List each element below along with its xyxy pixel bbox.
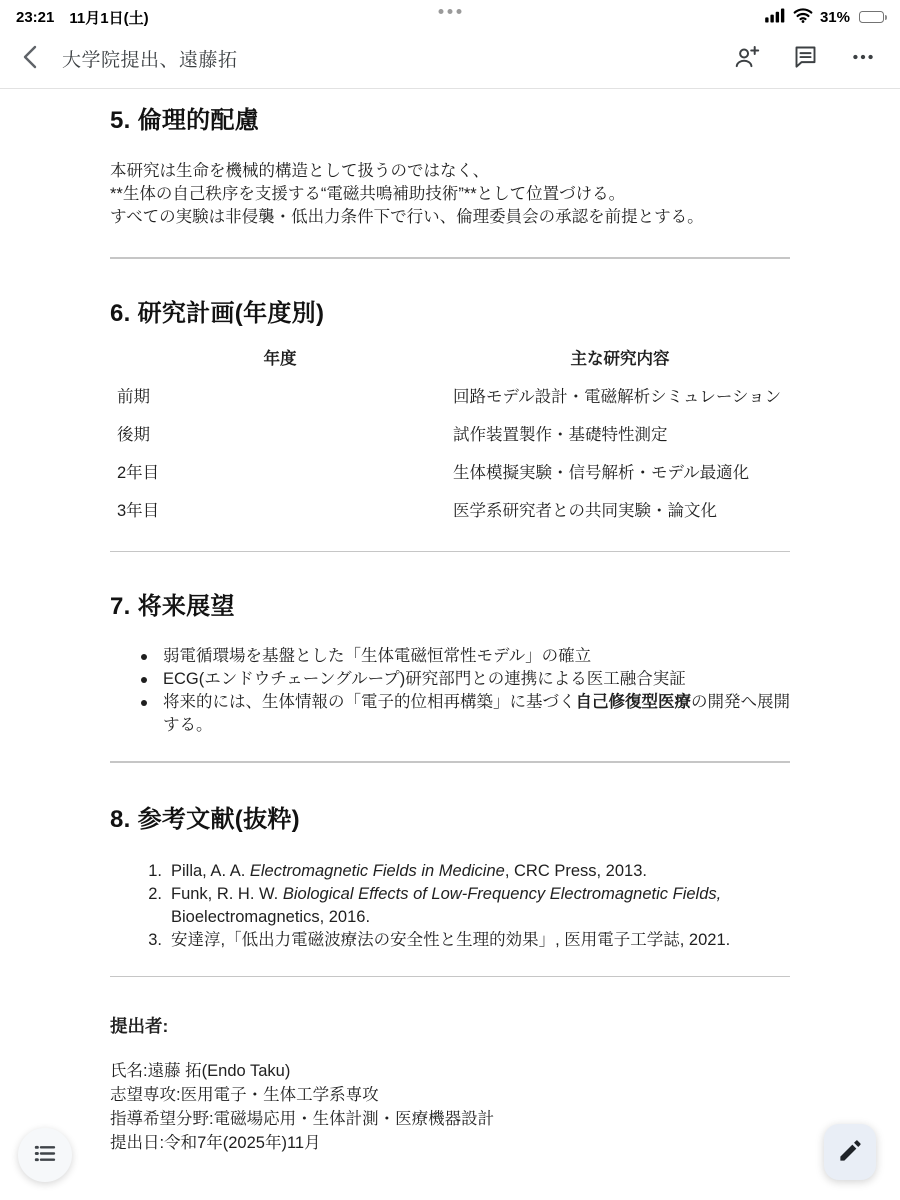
section-8-heading: 8. 参考文献(抜粋) [110, 799, 790, 834]
submitter-line: 指導希望分野:電磁場応用・生体計測・医療機器設計 [110, 1107, 790, 1131]
reference-list: 1. Pilla, A. A. Electromagnetic Fields i… [110, 860, 790, 952]
schedule-table: 年度 主な研究内容 前期 回路モデル設計・電磁解析シミュレーション 後期 試作装… [110, 348, 790, 523]
table-cell: 3年目 [110, 500, 450, 523]
section-divider [110, 976, 790, 978]
table-cell: 生体模擬実験・信号解析・モデル最適化 [450, 462, 790, 485]
status-date: 11月1日(土) [69, 7, 148, 28]
comment-icon [792, 43, 819, 73]
section-divider [110, 761, 790, 763]
status-bar: 23:21 11月1日(土) 31% [0, 0, 900, 28]
app-header: 大学院提出、遠藤拓 [0, 28, 900, 89]
table-cell: 試作装置製作・基礎特性測定 [450, 424, 790, 447]
submitter-line: 提出日:令和7年(2025年)11月 [110, 1131, 790, 1155]
future-bullet-list: 弱電循環場を基盤とした「生体電磁恒常性モデル」の確立 ECG(エンドウチェーング… [110, 645, 790, 737]
ipad-screen: 23:21 11月1日(土) 31% 大学院提出、遠藤拓 [0, 0, 900, 1200]
comments-button[interactable] [792, 43, 819, 73]
ethics-line: 本研究は生命を機械的構造として扱うのではなく、 [110, 160, 790, 183]
document-outline-button[interactable] [18, 1128, 72, 1182]
ethics-paragraph: 本研究は生命を機械的構造として扱うのではなく、 **生体の自己秩序を支援する“電… [110, 160, 790, 229]
battery-percent: 31% [820, 9, 850, 26]
section-divider [110, 551, 790, 553]
list-item: 2. Funk, R. H. W. Biological Effects of … [140, 883, 790, 929]
pencil-icon [837, 1137, 864, 1167]
multitasking-indicator-icon[interactable] [439, 9, 462, 14]
table-cell: 2年目 [110, 462, 450, 485]
person-add-icon [733, 43, 761, 74]
table-cell: 医学系研究者との共同実験・論文化 [450, 500, 790, 523]
ellipsis-icon [850, 44, 876, 73]
document-title: 大学院提出、遠藤拓 [62, 45, 238, 72]
table-header-year: 年度 [110, 348, 450, 371]
back-button[interactable] [20, 44, 42, 73]
edit-document-button[interactable] [824, 1124, 876, 1180]
share-button[interactable] [733, 43, 761, 74]
table-cell: 回路モデル設計・電磁解析シミュレーション [450, 386, 790, 409]
battery-icon [859, 11, 884, 24]
cellular-signal-icon [765, 8, 786, 27]
submitter-line: 氏名:遠藤 拓(Endo Taku) [110, 1059, 790, 1083]
ethics-line: **生体の自己秩序を支援する“電磁共鳴補助技術”**として位置づける。 [110, 183, 790, 206]
ethics-line: すべての実験は非侵襲・低出力条件下で行い、倫理委員会の承認を前提とする。 [110, 206, 790, 229]
list-item: ECG(エンドウチェーングループ)研究部門との連携による医工融合実証 [163, 668, 790, 691]
table-cell: 前期 [110, 386, 450, 409]
table-header-content: 主な研究内容 [450, 348, 790, 371]
document-scroll-area[interactable]: 5. 倫理的配慮 本研究は生命を機械的構造として扱うのではなく、 **生体の自己… [0, 90, 900, 1200]
section-5-heading: 5. 倫理的配慮 [110, 100, 790, 135]
section-7-heading: 7. 将来展望 [110, 586, 790, 621]
chevron-left-icon [20, 44, 42, 73]
submitter-line: 志望専攻:医用電子・生体工学系専攻 [110, 1083, 790, 1107]
section-divider [110, 257, 790, 259]
submitter-label: 提出者: [110, 1013, 790, 1038]
list-item: 3. 安達淳,「低出力電磁波療法の安全性と生理的効果」, 医用電子工学誌, 20… [140, 929, 790, 952]
list-item: 1. Pilla, A. A. Electromagnetic Fields i… [140, 860, 790, 883]
section-6-heading: 6. 研究計画(年度別) [110, 293, 790, 328]
table-cell: 後期 [110, 424, 450, 447]
wifi-icon [793, 8, 813, 27]
submitter-info: 氏名:遠藤 拓(Endo Taku) 志望専攻:医用電子・生体工学系専攻 指導希… [110, 1059, 790, 1155]
more-options-button[interactable] [850, 44, 876, 73]
list-item: 将来的には、生体情報の「電子的位相再構築」に基づく自己修復型医療の開発へ展開する… [163, 691, 790, 737]
list-item: 弱電循環場を基盤とした「生体電磁恒常性モデル」の確立 [163, 645, 790, 668]
status-time: 23:21 [16, 9, 54, 26]
outline-list-icon [32, 1140, 59, 1170]
